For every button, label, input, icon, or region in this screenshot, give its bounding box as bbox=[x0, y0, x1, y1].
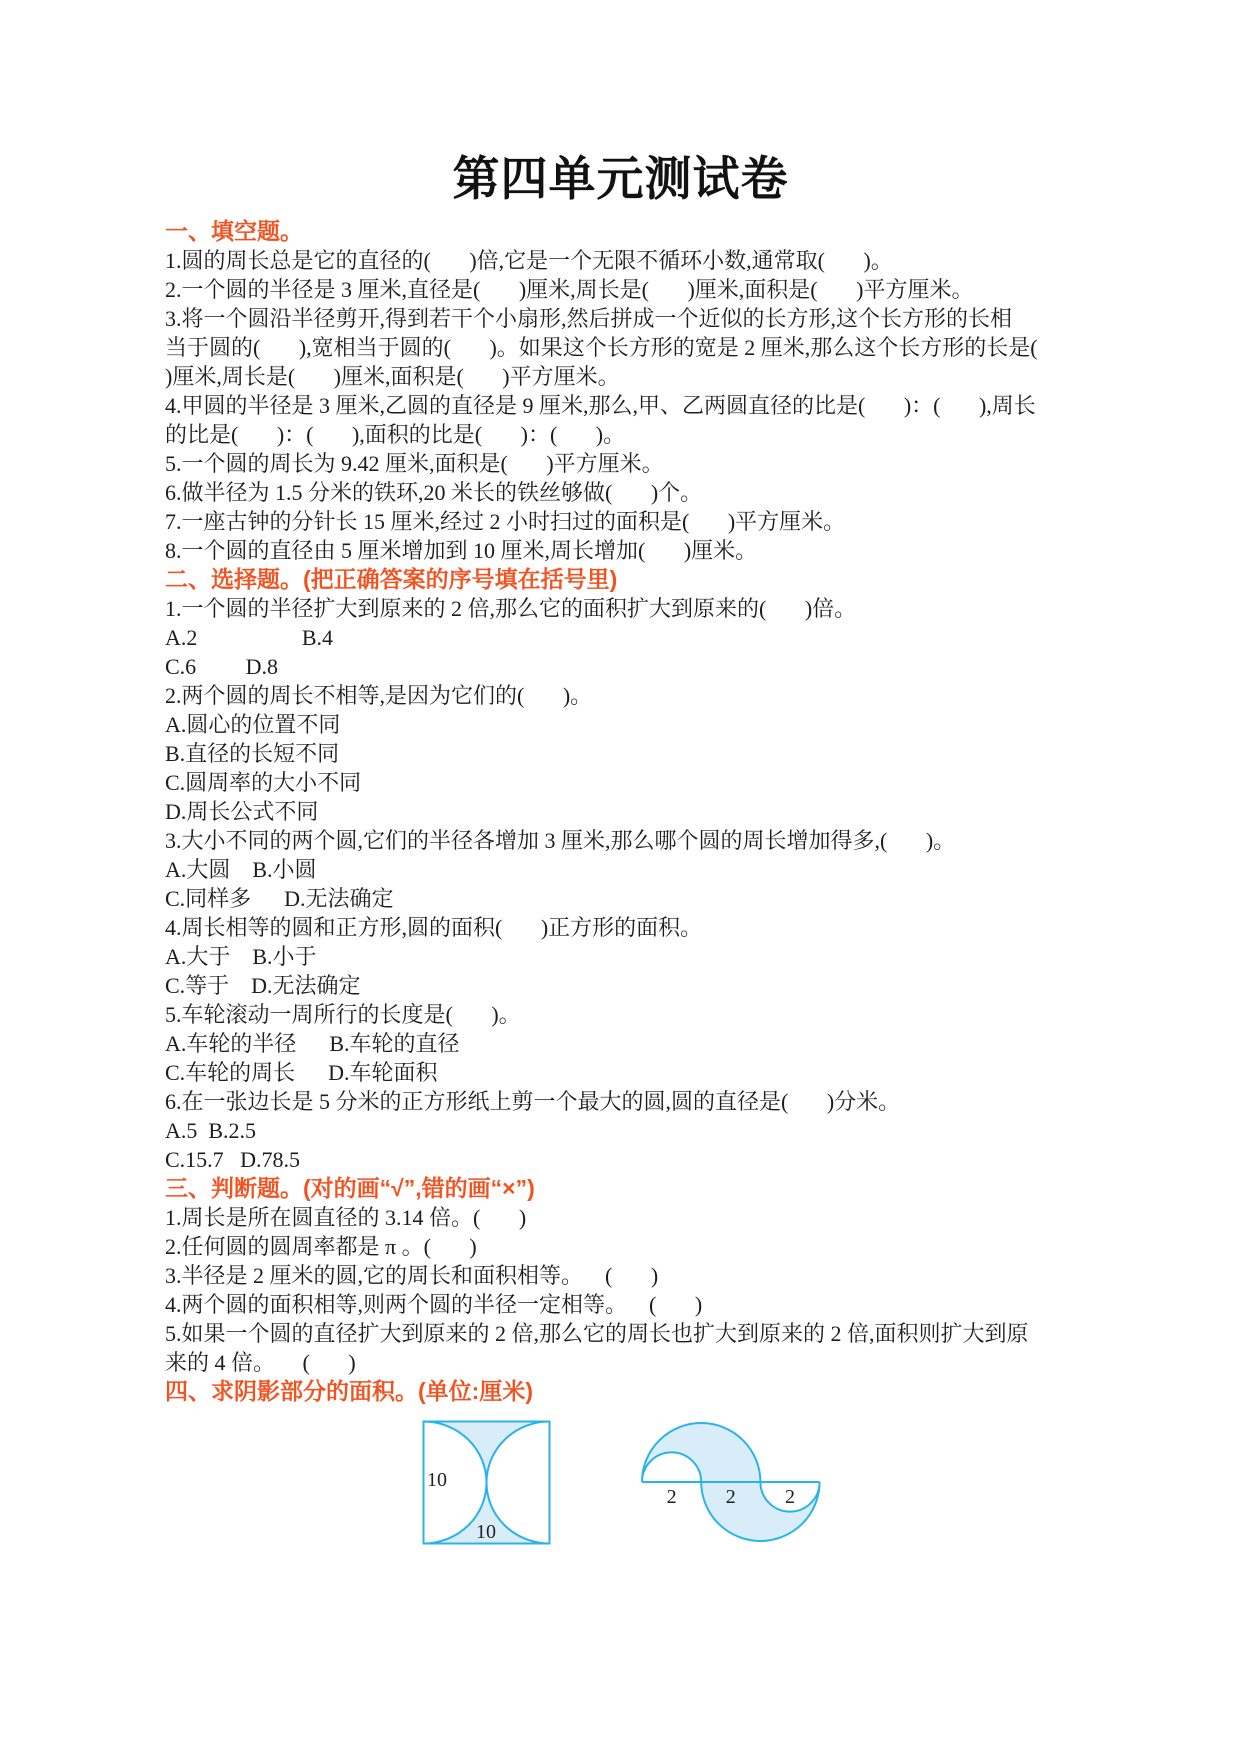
square-shaded-figure: 10 10 bbox=[422, 1420, 552, 1546]
paper-content: 一、填空题。 1.圆的周长总是它的直径的( )倍,它是一个无限不循环小数,通常取… bbox=[0, 209, 1241, 1546]
choice-line-10: A.大圆 B.小圆 bbox=[165, 855, 1211, 884]
choice-line-18: 6.在一张边长是 5 分米的正方形纸上剪一个最大的圆,圆的直径是( )分米。 bbox=[165, 1087, 1211, 1116]
figure2-segment-label-1: 2 bbox=[667, 1486, 677, 1508]
fill-blanks-line-7: 的比是( )：( ),面积的比是( )：( )。 bbox=[165, 420, 1211, 449]
test-paper-page: 第四单元测试卷 一、填空题。 1.圆的周长总是它的直径的( )倍,它是一个无限不… bbox=[0, 0, 1241, 1754]
choice-line-7: C.圆周率的大小不同 bbox=[165, 768, 1211, 797]
true-false-line-1: 1.周长是所在圆直径的 3.14 倍。( ) bbox=[165, 1203, 1211, 1232]
true-false-line-2: 2.任何圆的圆周率都是 π 。( ) bbox=[165, 1232, 1211, 1261]
choice-line-15: 5.车轮滚动一周所行的长度是( )。 bbox=[165, 1000, 1211, 1029]
true-false-line-5: 5.如果一个圆的直径扩大到原来的 2 倍,那么它的周长也扩大到原来的 2 倍,面… bbox=[165, 1319, 1211, 1348]
choice-line-6: B.直径的长短不同 bbox=[165, 739, 1211, 768]
fill-blanks-line-6: 4.甲圆的半径是 3 厘米,乙圆的直径是 9 厘米,那么,甲、乙两圆直径的比是(… bbox=[165, 391, 1211, 420]
choice-line-11: C.同样多 D.无法确定 bbox=[165, 884, 1211, 913]
figure2-segment-label-3: 2 bbox=[785, 1486, 795, 1508]
page-title: 第四单元测试卷 bbox=[0, 0, 1241, 209]
choice-line-5: A.圆心的位置不同 bbox=[165, 710, 1211, 739]
figure1-side-label: 10 bbox=[427, 1469, 447, 1491]
fill-blanks-line-2: 2.一个圆的半径是 3 厘米,直径是( )厘米,周长是( )厘米,面积是( )平… bbox=[165, 275, 1211, 304]
fill-blanks-line-3: 3.将一个圆沿半径剪开,得到若干个小扇形,然后拼成一个近似的长方形,这个长方形的… bbox=[165, 304, 1211, 333]
fill-blanks-line-11: 8.一个圆的直径由 5 厘米增加到 10 厘米,周长增加( )厘米。 bbox=[165, 536, 1211, 565]
figures-row: 10 10 2 2 2 bbox=[165, 1420, 1211, 1546]
choice-line-9: 3.大小不同的两个圆,它们的半径各增加 3 厘米,那么哪个圆的周长增加得多,( … bbox=[165, 826, 1211, 855]
choice-line-19: A.5 B.2.5 bbox=[165, 1116, 1211, 1145]
fill-blanks-line-1: 1.圆的周长总是它的直径的( )倍,它是一个无限不循环小数,通常取( )。 bbox=[165, 246, 1211, 275]
choice-line-14: C.等于 D.无法确定 bbox=[165, 971, 1211, 1000]
true-false-line-3: 3.半径是 2 厘米的圆,它的周长和面积相等。 ( ) bbox=[165, 1261, 1211, 1290]
section-heading-multiple-choice: 二、选择题。(把正确答案的序号填在括号里) bbox=[165, 565, 1211, 594]
fill-blanks-line-5: )厘米,周长是( )厘米,面积是( )平方厘米。 bbox=[165, 362, 1211, 391]
fill-blanks-line-10: 7.一座古钟的分针长 15 厘米,经过 2 小时扫过的面积是( )平方厘米。 bbox=[165, 507, 1211, 536]
fill-blanks-line-8: 5.一个圆的周长为 9.42 厘米,面积是( )平方厘米。 bbox=[165, 449, 1211, 478]
fill-blanks-line-9: 6.做半径为 1.5 分米的铁环,20 米长的铁丝够做( )个。 bbox=[165, 478, 1211, 507]
choice-line-12: 4.周长相等的圆和正方形,圆的面积( )正方形的面积。 bbox=[165, 913, 1211, 942]
choice-line-17: C.车轮的周长 D.车轮面积 bbox=[165, 1058, 1211, 1087]
true-false-line-4: 4.两个圆的面积相等,则两个圆的半径一定相等。 ( ) bbox=[165, 1290, 1211, 1319]
choice-line-8: D.周长公式不同 bbox=[165, 797, 1211, 826]
section-heading-shaded-area: 四、求阴影部分的面积。(单位:厘米) bbox=[165, 1377, 1211, 1406]
choice-line-20: C.15.7 D.78.5 bbox=[165, 1145, 1211, 1174]
figure1-bottom-label: 10 bbox=[476, 1521, 496, 1543]
choice-line-13: A.大于 B.小于 bbox=[165, 942, 1211, 971]
top-shaded-region bbox=[642, 1423, 760, 1482]
choice-line-16: A.车轮的半径 B.车轮的直径 bbox=[165, 1029, 1211, 1058]
true-false-line-6: 来的 4 倍。 ( ) bbox=[165, 1348, 1211, 1377]
bottom-shaded-region bbox=[701, 1482, 819, 1541]
choice-line-3: C.6 D.8 bbox=[165, 652, 1211, 681]
section-heading-true-false: 三、判断题。(对的画“√”,错的画“×”) bbox=[165, 1174, 1211, 1203]
fill-blanks-line-4: 当于圆的( ),宽相当于圆的( )。如果这个长方形的宽是 2 厘米,那么这个长方… bbox=[165, 333, 1211, 362]
figure2-segment-label-2: 2 bbox=[726, 1486, 736, 1508]
s-curve-shaded-figure: 2 2 2 bbox=[640, 1420, 826, 1546]
section-heading-fill-blanks: 一、填空题。 bbox=[165, 217, 1211, 246]
choice-line-4: 2.两个圆的周长不相等,是因为它们的( )。 bbox=[165, 681, 1211, 710]
choice-line-2: A.2 B.4 bbox=[165, 623, 1211, 652]
choice-line-1: 1.一个圆的半径扩大到原来的 2 倍,那么它的面积扩大到原来的( )倍。 bbox=[165, 594, 1211, 623]
